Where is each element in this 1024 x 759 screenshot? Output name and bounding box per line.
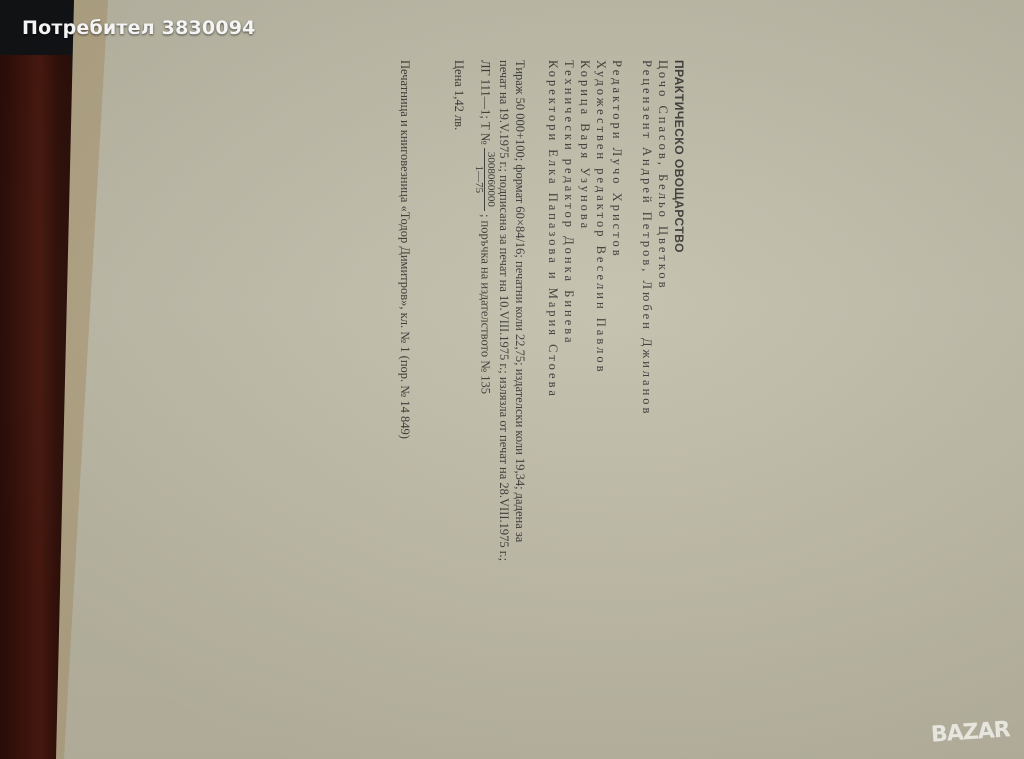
- catalog-code-numerator: 3008060000: [484, 148, 496, 211]
- book-page: [64, 0, 1024, 759]
- reviewers: Рецензент Андрей Петров, Любен Джиланов: [639, 60, 654, 416]
- catalog-code-line: ЛГ 111—1; Т № 3008060000 1—75 ; поръчка …: [473, 60, 496, 394]
- user-id-label: Потребител 3830094: [22, 17, 256, 39]
- catalog-code-suffix: ; поръчка на издателството № 135: [479, 214, 493, 394]
- printer-info: Печатница и книговезница «Тодор Димитров…: [397, 60, 412, 439]
- catalog-code-denominator: 1—75: [473, 148, 484, 211]
- editor: Редактори Лучо Христов: [609, 60, 624, 259]
- print-run-line-2: печат на 19.V.1975 г.; подписана за печа…: [496, 60, 511, 561]
- technical-editor: Технически редактор Донка Бинева: [561, 60, 576, 346]
- catalog-code-prefix: ЛГ 111—1; Т №: [479, 60, 493, 145]
- cover-artist: Корица Варя Узунова: [577, 60, 592, 231]
- print-run-line-1: Тираж 50 000+100; формат 60×84/16; печат…: [512, 60, 527, 542]
- book-title: ПРАКТИЧЕСКО ОВОЩАРСТВО: [672, 60, 686, 253]
- art-editor: Художествен редактор Веселин Павлов: [593, 60, 608, 375]
- authors: Цочо Спасов, Бельо Цветков: [655, 60, 670, 290]
- price: Цена 1,42 лв.: [451, 60, 466, 130]
- catalog-code-fraction: 3008060000 1—75: [473, 148, 496, 211]
- proofreaders: Коректори Елка Папазова и Мария Стоева: [545, 60, 560, 399]
